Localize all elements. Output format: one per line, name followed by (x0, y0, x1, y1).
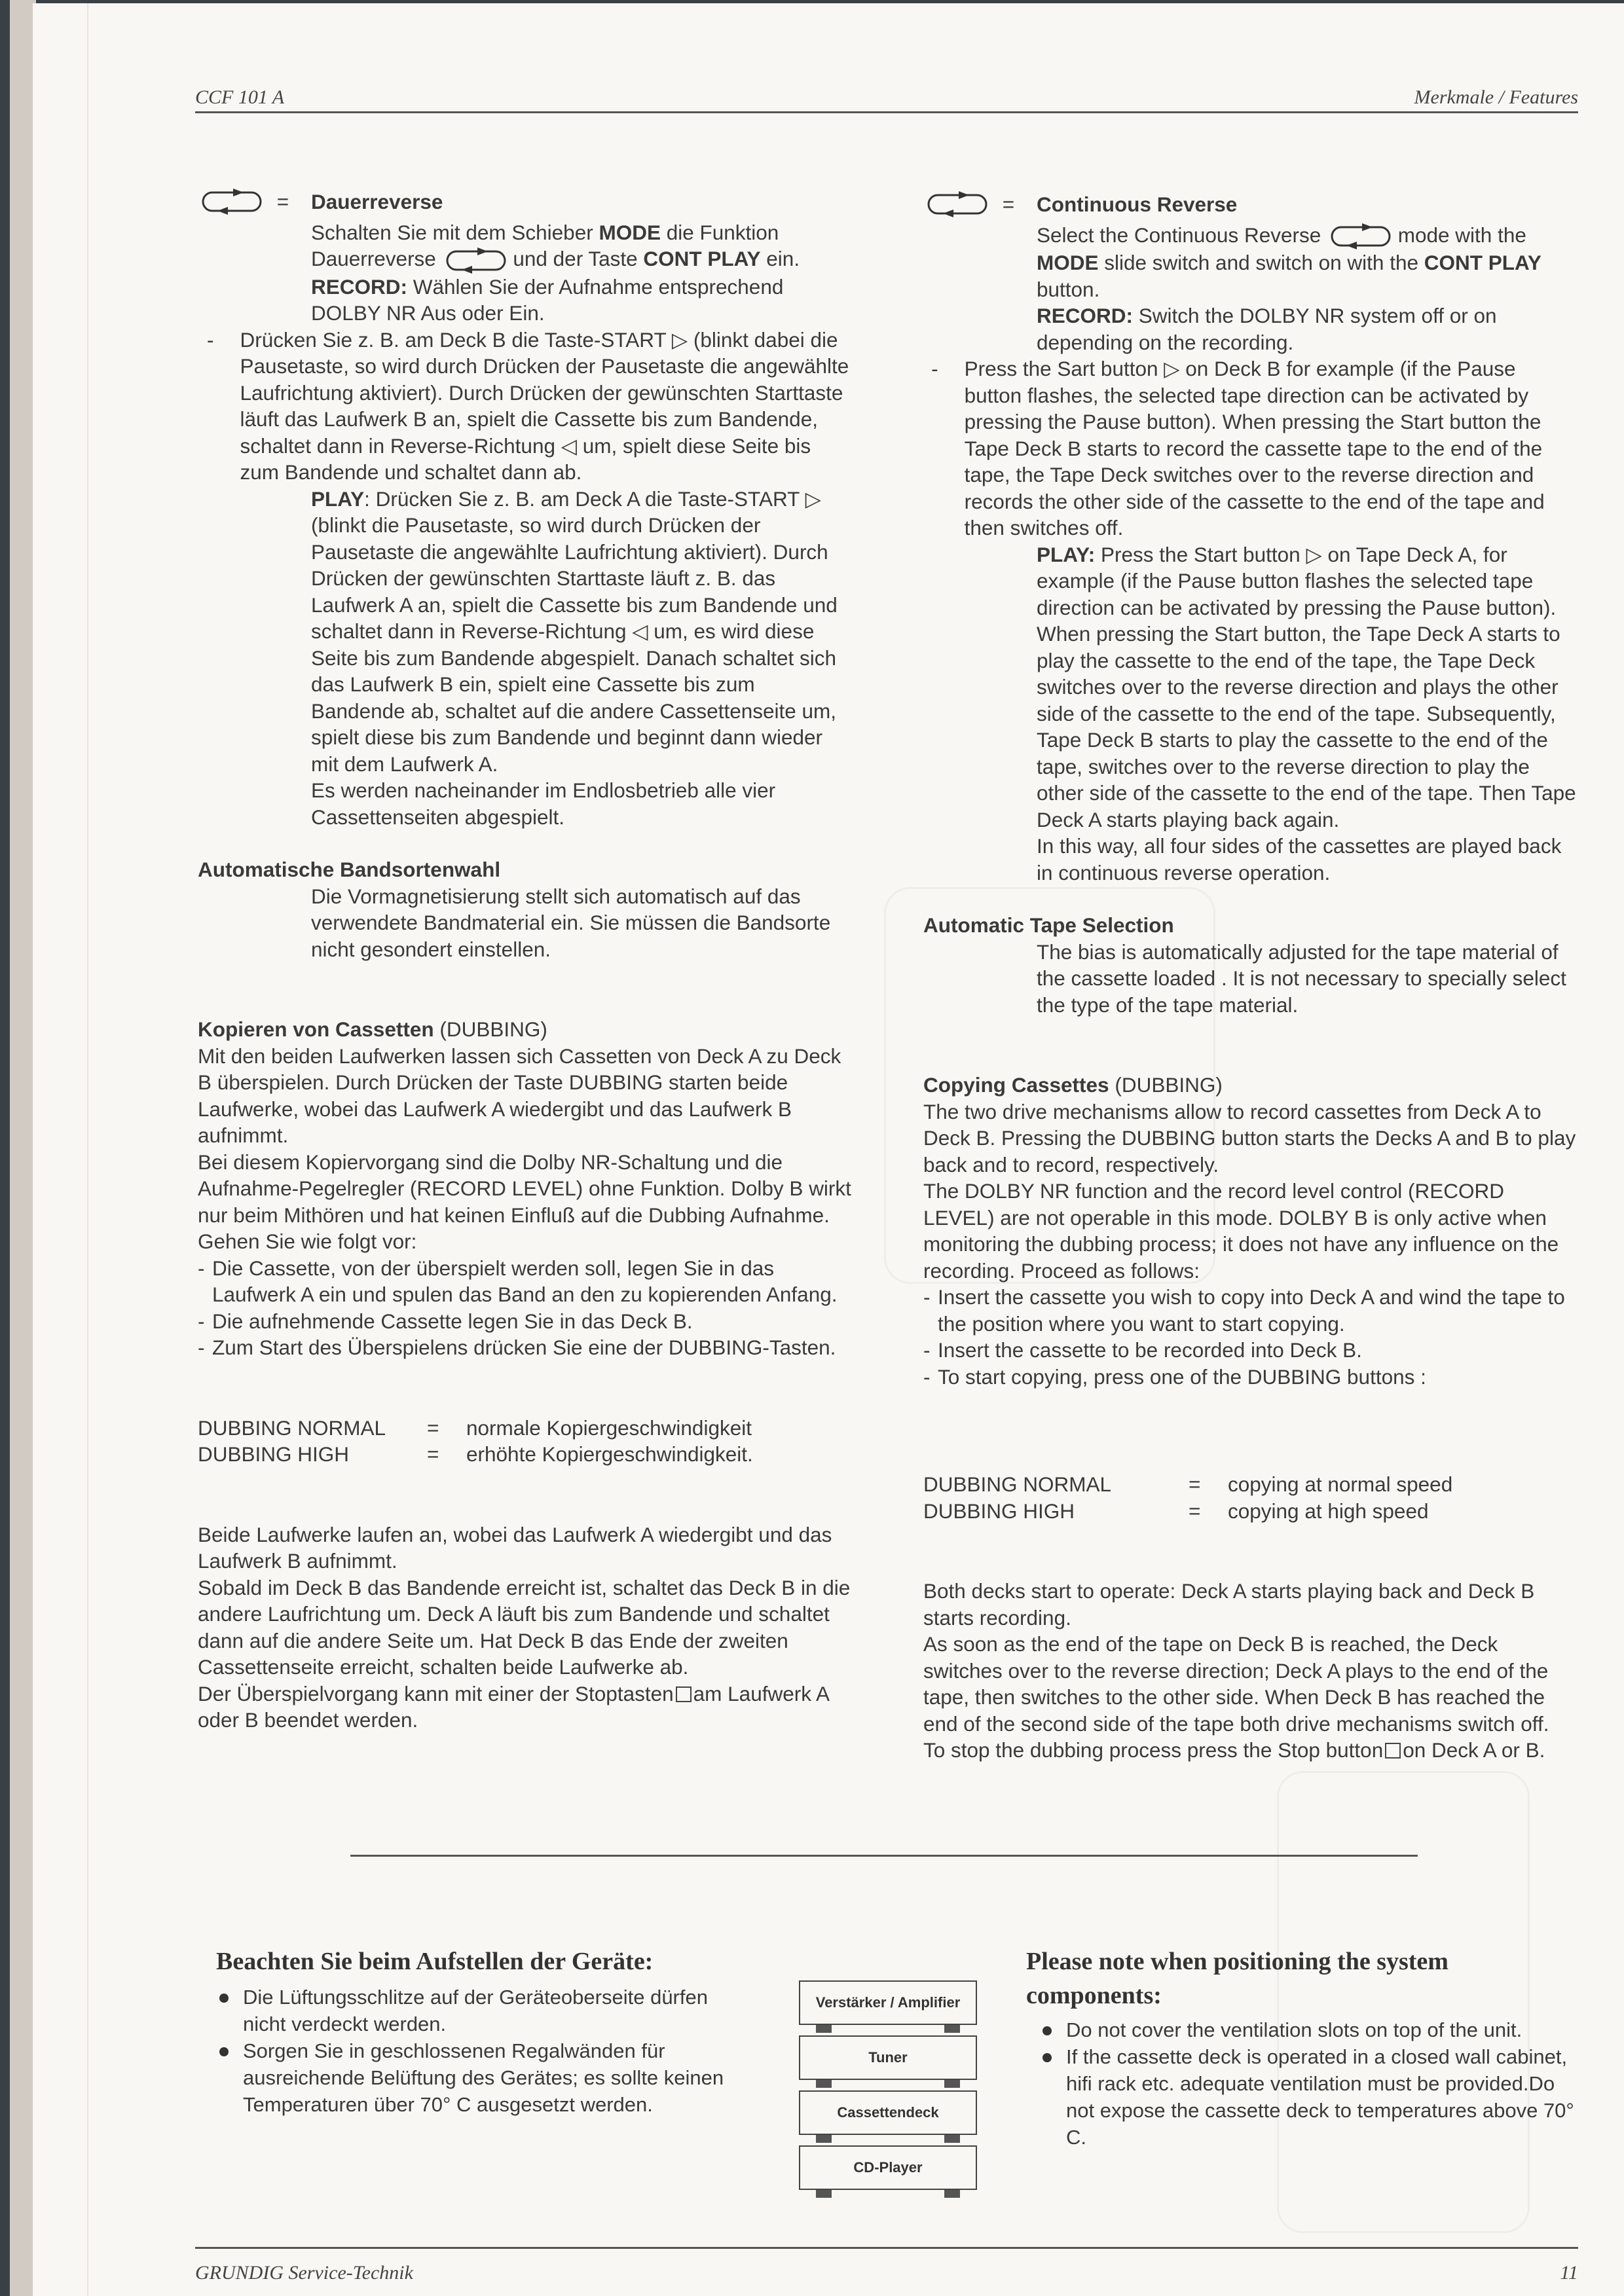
note-item: Die Lüftungsschlitze auf der Geräteobers… (216, 1984, 740, 2037)
start-icon: ▷ (1306, 543, 1321, 566)
note-item: If the cassette deck is operated in a cl… (1039, 2043, 1583, 2151)
paragraph: The DOLBY NR function and the record lev… (923, 1178, 1578, 1284)
list-item: -Die aufnehmende Cassette legen Sie in d… (198, 1308, 853, 1335)
cont-reverse-title-row: = Dauerreverse (198, 189, 853, 215)
paragraph: To stop the dubbing process press the St… (923, 1737, 1578, 1764)
equals-sign: = (989, 191, 1028, 218)
equals-sign: = (263, 189, 303, 215)
list-item: - Drücken Sie z. B. am Deck B die Taste-… (311, 327, 853, 486)
paragraph: In this way, all four sides of the casse… (1037, 833, 1578, 886)
bullet-icon (219, 1994, 229, 2003)
paragraph: Die Vormagnetisierung stellt sich automa… (198, 883, 853, 963)
notes-divider (350, 1855, 1418, 1857)
section-title: Continuous Reverse (1028, 191, 1237, 218)
unit-feet (799, 2080, 977, 2090)
unit-feet (799, 2135, 977, 2145)
bullet-icon (1043, 2026, 1052, 2035)
english-placement-note: Please note when positioning the system … (1026, 1944, 1583, 2151)
paragraph: The two drive mechanisms allow to record… (923, 1099, 1578, 1178)
list-item: - Press the Sart button ▷ on Deck B for … (1037, 355, 1578, 541)
paragraph: As soon as the end of the tape on Deck B… (923, 1631, 1578, 1737)
paragraph: PLAY: Press the Start button ▷ on Tape D… (1037, 541, 1578, 833)
paragraph: Both decks start to operate: Deck A star… (923, 1578, 1578, 1631)
unit-feet (799, 2025, 977, 2035)
footer-rule (195, 2247, 1578, 2249)
paragraph: Der Überspielvorgang kann mit einer der … (198, 1681, 853, 1734)
list-item: -Insert the cassette you wish to copy in… (923, 1284, 1578, 1337)
continuous-reverse-icon (923, 191, 989, 217)
german-column: = Dauerreverse Schalten Sie mit dem Schi… (198, 189, 853, 1734)
dubbing-speed-table: DUBBING NORMAL=copying at normal speed D… (923, 1471, 1578, 1524)
page-fold (87, 3, 88, 2296)
continuous-reverse-icon (1327, 223, 1392, 249)
stop-icon (676, 1686, 692, 1702)
stack-unit-tuner: Tuner (799, 2035, 977, 2080)
list-item: -Insert the cassette to be recorded into… (923, 1337, 1578, 1364)
header-rule (195, 111, 1578, 113)
note-item: Sorgen Sie in geschlossenen Regalwänden … (216, 2037, 740, 2118)
paragraph: Es werden nacheinander im Endlosbetrieb … (311, 777, 853, 830)
footer-publisher: GRUNDIG Service-Technik (195, 2262, 413, 2284)
start-icon: ▷ (805, 487, 821, 511)
note-title: Beachten Sie beim Aufstellen der Geräte: (216, 1944, 740, 1978)
start-icon: ▷ (1164, 357, 1179, 380)
paragraph: Select the Continuous Reverse mode with … (1037, 222, 1578, 303)
component-stack-diagram: Verstärker / Amplifier Tuner Cassettende… (799, 1980, 977, 2200)
header-section: Merkmale / Features (1414, 86, 1578, 109)
paragraph: Beide Laufwerke laufen an, wobei das Lau… (198, 1522, 853, 1575)
paragraph: Bei diesem Kopiervorgang sind die Dolby … (198, 1149, 853, 1255)
stack-unit-amplifier: Verstärker / Amplifier (799, 1980, 977, 2025)
paragraph: Sobald im Deck B das Bandende erreicht i… (198, 1575, 853, 1681)
stop-icon (1385, 1743, 1401, 1758)
start-icon: ▷ (672, 328, 688, 352)
paragraph: Schalten Sie mit dem Schieber MODE die F… (311, 219, 853, 274)
german-placement-note: Beachten Sie beim Aufstellen der Geräte:… (216, 1944, 740, 2118)
header-model: CCF 101 A (195, 86, 284, 109)
paragraph: RECORD: Switch the DOLBY NR system off o… (1037, 302, 1578, 355)
section-title: Kopieren von Cassetten (DUBBING) (198, 1016, 853, 1043)
page-number: 11 (1560, 2262, 1578, 2284)
continuous-reverse-icon (198, 189, 263, 215)
paragraph: RECORD: Wählen Sie der Aufnahme entsprec… (311, 274, 853, 327)
section-title: Automatische Bandsortenwahl (198, 856, 853, 883)
paragraph: The bias is automatically adjusted for t… (923, 939, 1578, 1019)
unit-feet (799, 2190, 977, 2200)
list-item: -Zum Start des Überspielens drücken Sie … (198, 1334, 853, 1361)
paragraph: Mit den beiden Laufwerken lassen sich Ca… (198, 1043, 853, 1149)
note-title: Please note when positioning the system … (1026, 1944, 1583, 2013)
cont-reverse-body: Select the Continuous Reverse mode with … (923, 222, 1578, 886)
continuous-reverse-icon (442, 247, 507, 274)
cont-reverse-body: Schalten Sie mit dem Schieber MODE die F… (198, 219, 853, 831)
dubbing-speed-table: DUBBING NORMAL=normale Kopiergeschwindig… (198, 1415, 853, 1468)
stack-unit-cassette-deck: Cassettendeck (799, 2090, 977, 2135)
list-item: -To start copying, press one of the DUBB… (923, 1364, 1578, 1391)
cont-reverse-title-row: = Continuous Reverse (923, 191, 1578, 218)
reverse-icon: ◁ (561, 434, 577, 458)
list-item: -Die Cassette, von der überspielt werden… (198, 1255, 853, 1308)
paragraph: PLAY: Drücken Sie z. B. am Deck A die Ta… (311, 486, 853, 778)
note-item: Do not cover the ventilation slots on to… (1039, 2016, 1583, 2043)
english-column: = Continuous Reverse Select the Continuo… (923, 191, 1578, 1764)
stack-unit-cd-player: CD-Player (799, 2145, 977, 2190)
section-title: Dauerreverse (303, 189, 443, 215)
section-title: Automatic Tape Selection (923, 912, 1578, 939)
reverse-icon: ◁ (632, 619, 648, 643)
paper-edge (10, 0, 36, 2296)
section-title: Copying Cassettes (DUBBING) (923, 1072, 1578, 1099)
bullet-icon (1043, 2053, 1052, 2062)
bullet-icon (219, 2047, 229, 2056)
